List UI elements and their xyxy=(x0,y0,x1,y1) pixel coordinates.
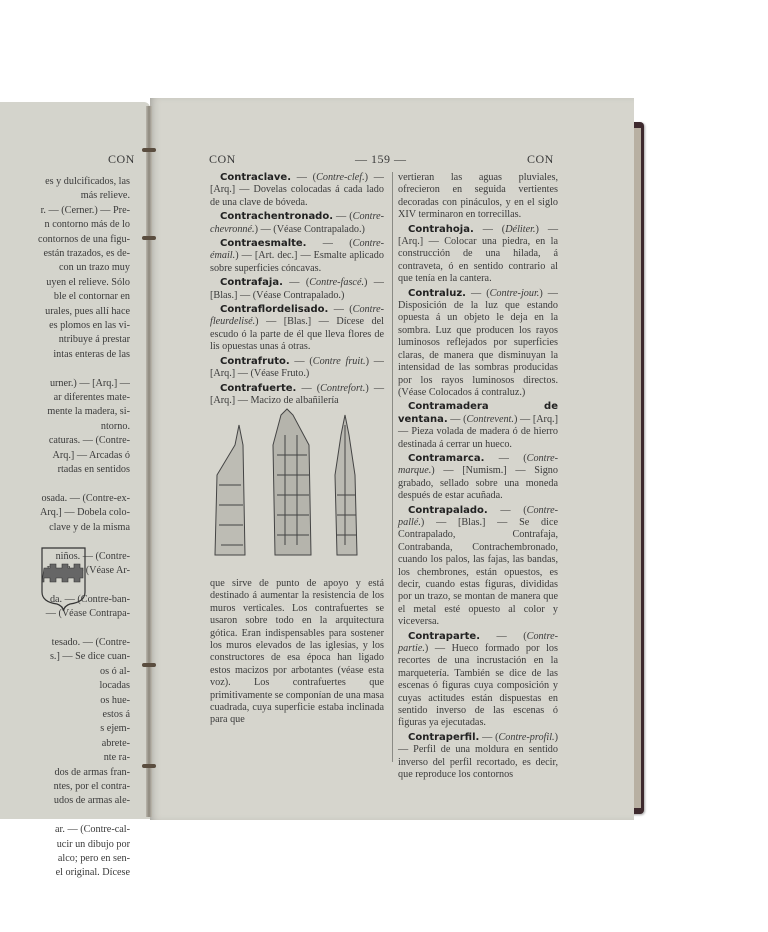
dictionary-entry: Contraperfil. — (Contre-profil.) — Perfi… xyxy=(398,732,558,782)
binding-stitch xyxy=(142,236,156,240)
left-page-line: Arq.] — Arcadas ó xyxy=(0,450,130,462)
entry-headword: Contrachentronado. xyxy=(220,211,333,222)
left-page-line: Arq.] — Dobela colo- xyxy=(0,507,130,519)
entry-headword: Contraparte. xyxy=(408,631,480,642)
left-page-line: n contorno más de lo xyxy=(0,219,130,231)
dictionary-entry: Contrachentronado. — (Contre-chevronné.)… xyxy=(210,211,384,236)
right-page-left-column: Contraclave. — (Contre-clef.) — [Arq.] —… xyxy=(210,172,384,409)
binding-stitch xyxy=(142,663,156,667)
left-page-line: estos á xyxy=(0,709,130,721)
left-page-line xyxy=(0,479,130,491)
entry-text: — (Véase Contrapalado.) xyxy=(261,224,365,235)
dictionary-entry: Contraflordelisado. — (Contre-fleurdelis… xyxy=(210,304,384,354)
page-block-edge xyxy=(634,128,641,808)
dictionary-entry: Contramadera de ventana. — (Contrevent.)… xyxy=(398,401,558,451)
dictionary-entry: Contrafruto. — (Contre fruit.) — [Arq.] … xyxy=(210,356,384,381)
left-page-line: udos de armas ale- xyxy=(0,795,130,807)
left-page-line: osada. — (Contre-ex- xyxy=(0,493,130,505)
right-page-left-column-continued: que sirve de punto de apoyo y está desti… xyxy=(210,578,384,729)
entry-headword: Contraesmalte. xyxy=(220,238,306,249)
left-page-line: ar diferentes mate- xyxy=(0,392,130,404)
entry-headword: Contraflordelisado. xyxy=(220,304,328,315)
dictionary-entry: Contrahoja. — (Déliter.) — [Arq.] — Colo… xyxy=(398,224,558,286)
left-page-line: están trazados, es de- xyxy=(0,248,130,260)
left-page-line: es y dulcificados, las xyxy=(0,176,130,188)
left-page-line: es plomos en las vi- xyxy=(0,320,130,332)
left-page-line: abrete- xyxy=(0,738,130,750)
entry-french-term: Contrefort. xyxy=(320,383,365,394)
left-page-line: más relieve. xyxy=(0,190,130,202)
entry-headword: Contraperfil. xyxy=(408,732,479,743)
entry-text: — Perfil de una moldura en sentido inver… xyxy=(398,744,558,780)
entry-french-term: Contre fruit. xyxy=(313,356,366,367)
dictionary-entry: Contraluz. — (Contre-jour.) — Disposició… xyxy=(398,288,558,400)
entry-headword: Contrafruto. xyxy=(220,356,290,367)
left-page-line: dos de armas fran- xyxy=(0,767,130,779)
left-page-line: locadas xyxy=(0,680,130,692)
left-page-line: urner.) — [Arq.] — xyxy=(0,378,130,390)
left-page-line: clave y de la misma xyxy=(0,522,130,534)
heraldic-shield-icon xyxy=(40,546,87,612)
left-running-head: CON xyxy=(108,152,135,167)
left-page-line: os hue- xyxy=(0,695,130,707)
binding-stitch xyxy=(142,148,156,152)
left-page-line: caturas. — (Contre- xyxy=(0,435,130,447)
dictionary-entry: Contrafaja. — (Contre-fascé.) — [Blas.] … xyxy=(210,277,384,302)
entry-headword: Contraclave. xyxy=(220,172,291,183)
book-gutter xyxy=(146,106,152,817)
right-page-right-column: vertieran las aguas pluviales, ofreciero… xyxy=(398,172,558,784)
entry-text: que sirve de punto de apoyo y está desti… xyxy=(210,578,384,727)
left-page-line: os ó al- xyxy=(0,666,130,678)
left-page-line: s ejem- xyxy=(0,723,130,735)
left-page-line: contornos de una figu- xyxy=(0,234,130,246)
entry-headword: Contrafuerte. xyxy=(220,383,296,394)
entry-french-term: Contre-jour. xyxy=(490,288,540,299)
entry-french-term: Contrevent. xyxy=(467,414,514,425)
left-page-line: uyen el relieve. Sólo xyxy=(0,277,130,289)
left-page-line: tesado. — (Contre- xyxy=(0,637,130,649)
left-page-line xyxy=(0,810,130,822)
entry-text: vertieran las aguas pluviales, ofreciero… xyxy=(398,172,558,222)
left-page-line: s.] — Se dice cuan- xyxy=(0,651,130,663)
left-page-line: ntorno. xyxy=(0,421,130,433)
entry-headword: Contrafaja. xyxy=(220,277,283,288)
entry-french-term: Contre-profil. xyxy=(498,732,554,743)
dictionary-entry: Contraesmalte. — (Contre-émail.) — [Art.… xyxy=(210,238,384,275)
entry-headword: Contraluz. xyxy=(408,288,466,299)
left-page-line: urales, pues allí hace xyxy=(0,306,130,318)
entry-text: — [Blas.] — Se dice Contrapalado, Contra… xyxy=(398,517,558,627)
left-page-line xyxy=(0,363,130,375)
buttress-illustration xyxy=(205,405,370,565)
left-page-line: ucir un dibujo por xyxy=(0,839,130,851)
left-page-line: con un trazo muy xyxy=(0,262,130,274)
right-running-head-left: CON xyxy=(209,152,236,167)
dictionary-entry: Contraparte. — (Contre-partie.) — Hueco … xyxy=(398,631,558,730)
left-page-line: alco; pero en sen- xyxy=(0,853,130,865)
entry-headword: Contramarca. xyxy=(408,453,484,464)
page-number: — 159 — xyxy=(355,152,407,167)
binding-stitch xyxy=(142,764,156,768)
left-page-line: nte ra- xyxy=(0,752,130,764)
left-page-line: intas enteras de las xyxy=(0,349,130,361)
left-page-line: rtadas en sentidos xyxy=(0,464,130,476)
dictionary-entry: Contramarca. — (Contre-marque.) — [Numis… xyxy=(398,453,558,503)
entry-text: — Hueco formado por los recortes de una … xyxy=(398,643,558,728)
dictionary-entry: Contraclave. — (Contre-clef.) — [Arq.] —… xyxy=(210,172,384,209)
entry-headword: Contrapalado. xyxy=(408,505,488,516)
entry-french-term: Déliter. xyxy=(505,224,535,235)
left-page-line: ntribuye á prestar xyxy=(0,334,130,346)
left-page-line: ble el contornar en xyxy=(0,291,130,303)
column-rule xyxy=(392,172,393,762)
left-page-line: ntes, por el contra- xyxy=(0,781,130,793)
left-page-line: el original. Dícese xyxy=(0,867,130,879)
dictionary-entry: Contrafuerte. — (Contrefort.) — [Arq.] —… xyxy=(210,383,384,408)
left-page-line: r. — (Cerner.) — Pre- xyxy=(0,205,130,217)
left-page-line xyxy=(0,623,130,635)
entry-french-term: Contre-fascé. xyxy=(309,277,364,288)
left-page-line: mente la madera, si- xyxy=(0,406,130,418)
entry-text: — Disposición de la luz que estando opue… xyxy=(398,288,558,398)
left-page-column: es y dulcificados, lasmás relieve.r. — (… xyxy=(0,176,130,882)
entry-headword: Contrahoja. xyxy=(408,224,474,235)
right-running-head-right: CON xyxy=(527,152,554,167)
dictionary-entry: Contrapalado. — (Contre-pallé.) — [Blas.… xyxy=(398,505,558,629)
entry-french-term: Contre-clef. xyxy=(316,172,365,183)
left-page-line: ar. — (Contre-cal- xyxy=(0,824,130,836)
